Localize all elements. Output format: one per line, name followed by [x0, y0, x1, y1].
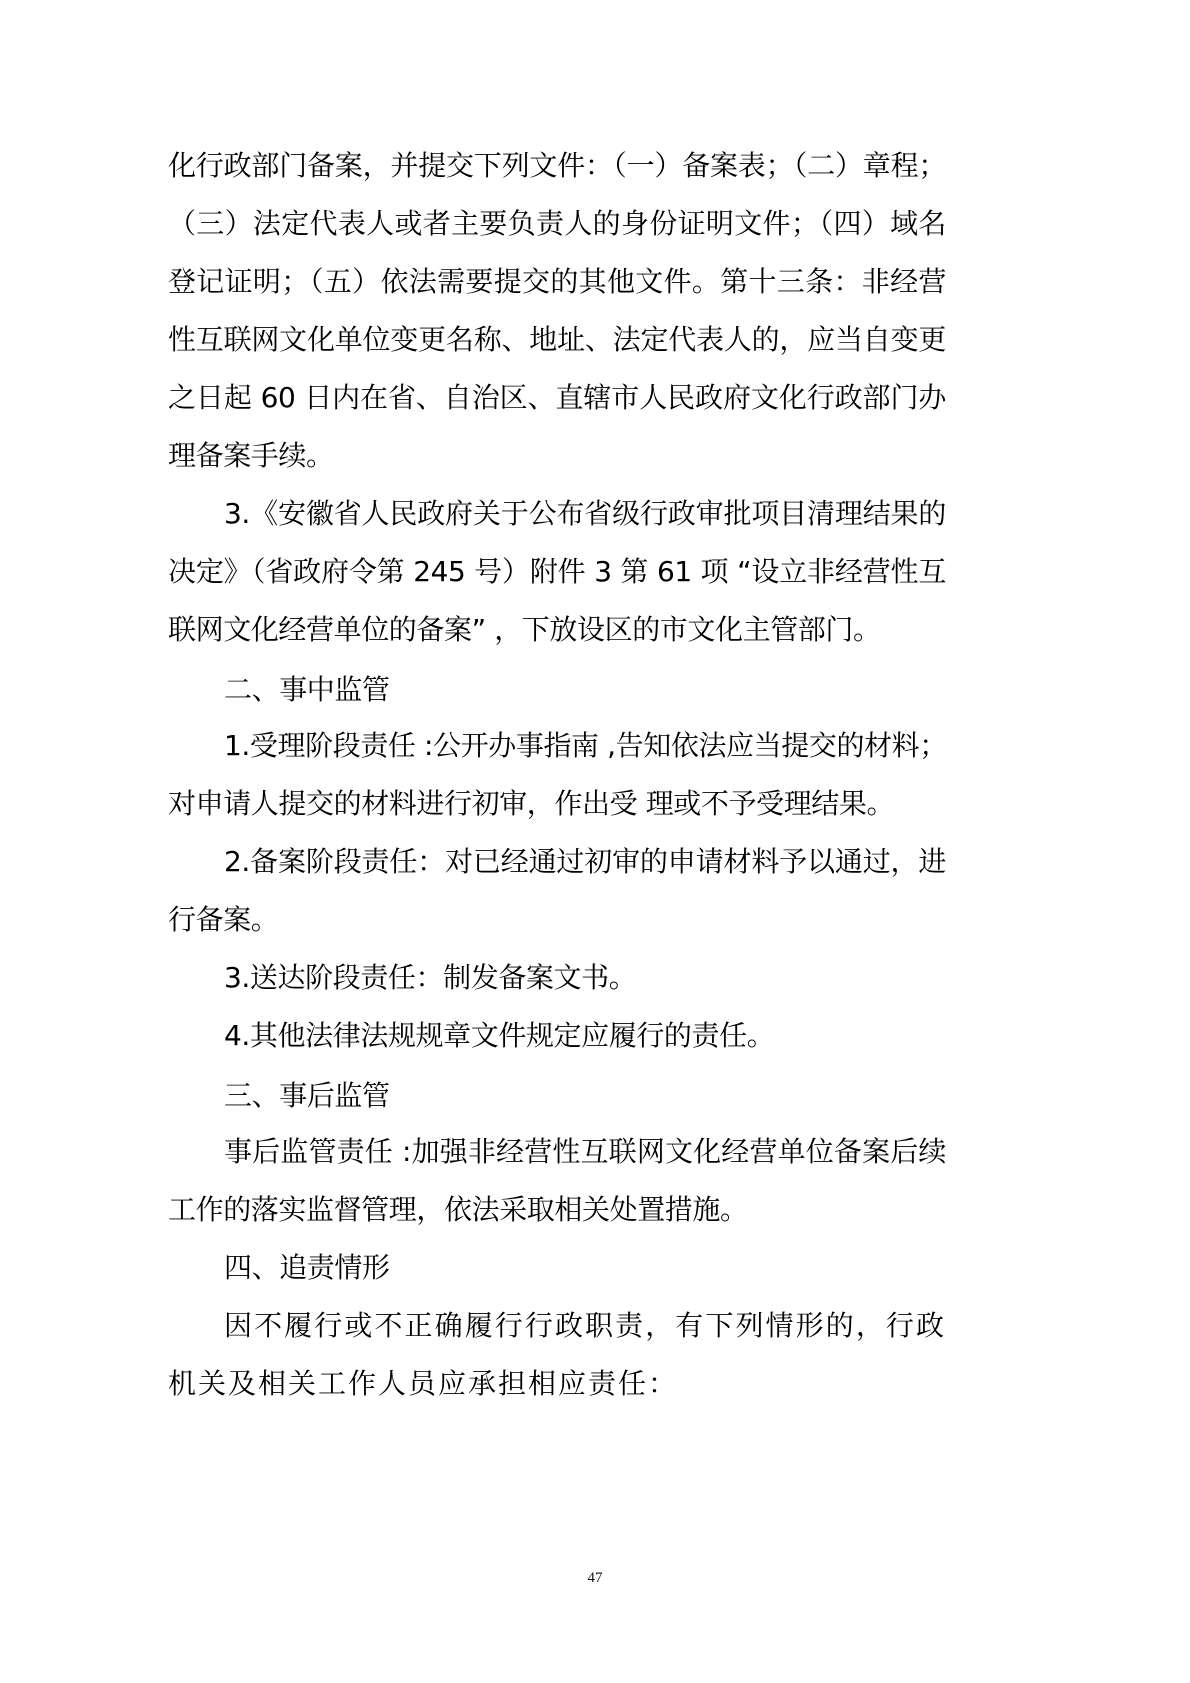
paragraph-line: 理备案手续。	[168, 436, 946, 476]
paragraph-line: 行备案。	[168, 900, 946, 940]
paragraph-line: （三）法定代表人或者主要负责人的身份证明文件；（四）域名	[168, 204, 946, 244]
paragraph-line: 联网文化经营单位的备案” ，下放设区的市文化主管部门。	[168, 610, 946, 650]
paragraph-line: 工作的落实监督管理，依法采取相关处置措施。	[168, 1190, 946, 1230]
paragraph-line: 之日起 60 日内在省、自治区、直辖市人民政府文化行政部门办	[168, 378, 946, 418]
page-number: 47	[0, 1568, 1190, 1588]
paragraph-line: 性互联网文化单位变更名称、地址、法定代表人的，应当自变更	[168, 320, 946, 360]
paragraph-first-line: 4.其他法律法规规章文件规定应履行的责任。	[224, 1016, 946, 1056]
paragraph-line: 登记证明；（五）依法需要提交的其他文件。第十三条：非经营	[168, 262, 946, 302]
paragraph-first-line: 三、事后监管	[224, 1076, 946, 1116]
paragraph-first-line: 2.备案阶段责任：对已经通过初审的申请材料予以通过，进	[224, 842, 946, 882]
paragraph-line: 决定》（省政府令第 245 号）附件 3 第 61 项 “设立非经营性互	[168, 552, 946, 592]
paragraph-first-line: 1.受理阶段责任 :公开办事指南 ,告知依法应当提交的材料；	[224, 726, 946, 766]
document-page: 化行政部门备案，并提交下列文件：（一）备案表；（二）章程；（三）法定代表人或者主…	[0, 0, 1190, 1683]
paragraph-line: 机关及相关工作人员应承担相应责任：	[168, 1364, 946, 1404]
paragraph-line: 化行政部门备案，并提交下列文件：（一）备案表；（二）章程；	[168, 146, 946, 186]
paragraph-first-line: 事后监管责任 :加强非经营性互联网文化经营单位备案后续	[224, 1132, 946, 1172]
paragraph-first-line: 3.送达阶段责任：制发备案文书。	[224, 958, 946, 998]
paragraph-first-line: 四、追责情形	[224, 1248, 946, 1288]
paragraph-first-line: 3.《安徽省人民政府关于公布省级行政审批项目清理结果的	[224, 494, 946, 534]
paragraph-first-line: 因不履行或不正确履行行政职责，有下列情形的，行政	[224, 1306, 946, 1346]
paragraph-line: 对申请人提交的材料进行初审，作出受 理或不予受理结果。	[168, 784, 946, 824]
paragraph-first-line: 二、事中监管	[224, 670, 946, 710]
